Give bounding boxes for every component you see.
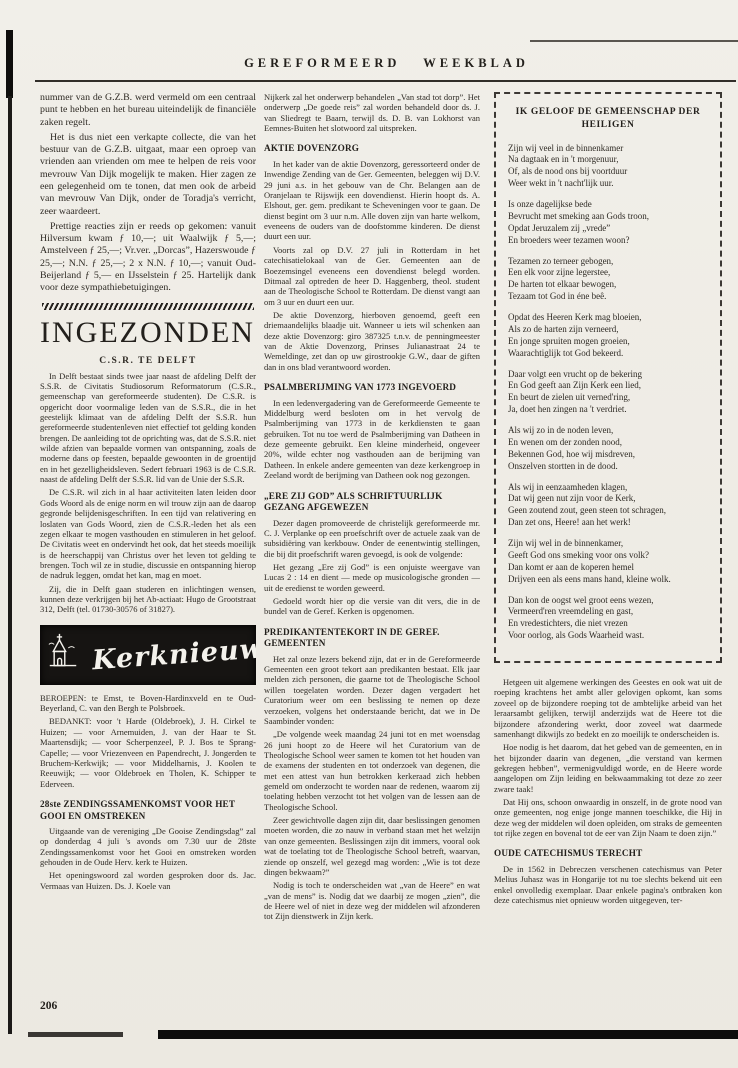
scan-edge-top-right — [530, 40, 738, 42]
paragraph: BEROEPEN: te Emst, te Boven-Hardinxveld … — [40, 693, 256, 714]
poem-stanza: Zijn wij wel in de binnenkamer, Geeft Go… — [508, 538, 708, 586]
poem-body: Zijn wij veel in de binnenkamer Na dagta… — [508, 143, 708, 643]
kerknieuws-notes: BEROEPEN: te Emst, te Boven-Hardinxveld … — [40, 693, 256, 789]
page-number: 206 — [40, 1000, 57, 1012]
predikantentekort-article: Het zal onze lezers bekend zijn, dat er … — [264, 654, 480, 922]
zendings-heading: 28ste ZENDINGSSAMENKOMST VOOR HET GOOI E… — [40, 799, 256, 822]
poem-stanza: Als wij in eenzaamheden klagen, Dat wij … — [508, 482, 708, 530]
catechismus-article: De in 1562 in Debreczen verschenen catec… — [494, 864, 722, 905]
page-columns: nummer van de G.Z.B. werd vermeld om een… — [40, 92, 722, 1034]
squiggle-separator — [42, 303, 254, 310]
continuation-paragraph: Nijkerk zal het onderwerp behandelen „Va… — [264, 92, 480, 133]
header-rule — [35, 80, 736, 82]
column-2: Nijkerk zal het onderwerp behandelen „Va… — [264, 92, 480, 1034]
psalmberijming-article: In een ledenvergadering van de Gereforme… — [264, 398, 480, 481]
aktie-dovenzorg-article: In het kader van de aktie Dovenzorg, ger… — [264, 159, 480, 372]
csr-heading: C.S.R. TE DELFT — [40, 356, 256, 366]
newspaper-page: GEREFORMEERD WEEKBLAD nummer van de G.Z.… — [0, 0, 738, 1068]
paragraph: Zeer gewichtvolle dagen zijn dit, daar b… — [264, 815, 480, 877]
ere-zij-god-heading: „ERE ZIJ GOD” ALS SCHRIFTUURLIJK GEZANG … — [264, 491, 480, 514]
aktie-dovenzorg-heading: AKTIE DOVENZORG — [264, 143, 480, 155]
scan-edge-left-thin — [8, 96, 12, 1034]
paragraph: Het openingswoord zal worden gesproken d… — [40, 870, 256, 891]
poem-stanza: Dan kon de oogst wel groot eens wezen, V… — [508, 595, 708, 643]
gzb-article: nummer van de G.Z.B. werd vermeld om een… — [40, 92, 256, 295]
paragraph: De aktie Dovenzorg, hierboven genoemd, g… — [264, 310, 480, 372]
section-title-ingezonden: INGEZONDEN — [40, 316, 256, 350]
paragraph: Het is dus niet een verkapte collecte, d… — [40, 132, 256, 218]
poem-stanza: Tezamen zo terneer gebogen, Een elk voor… — [508, 256, 708, 304]
kerknieuws-title: Kerknieuws — [85, 633, 256, 677]
paragraph: Hoe nodig is het daarom, dat het gebed v… — [494, 742, 722, 794]
paragraph: De in 1562 in Debreczen verschenen catec… — [494, 864, 722, 905]
paragraph: In het kader van de aktie Dovenzorg, ger… — [264, 159, 480, 242]
poem-title: IK GELOOF DE GEMEENSCHAP DER HEILIGEN — [508, 106, 708, 133]
catechismus-heading: OUDE CATECHISMUS TERECHT — [494, 848, 722, 860]
poem-stanza: Opdat des Heeren Kerk mag bloeien, Als z… — [508, 312, 708, 360]
poem-stanza: Daar volgt een vrucht op de bekering En … — [508, 369, 708, 417]
paragraph: In een ledenvergadering van de Gereforme… — [264, 398, 480, 481]
paragraph: In Delft bestaat sinds twee jaar naast d… — [40, 371, 256, 485]
church-icon — [48, 631, 78, 679]
paragraph: Dat Hij ons, schoon onwaardig in onszelf… — [494, 797, 722, 838]
paragraph: Nodig is toch te onderscheiden wat „van … — [264, 880, 480, 921]
column-1: nummer van de G.Z.B. werd vermeld om een… — [40, 92, 256, 997]
poem-stanza: Is onze dagelijkse bede Bevrucht met sme… — [508, 199, 708, 247]
paragraph: Het zal onze lezers bekend zijn, dat er … — [264, 654, 480, 727]
ere-zij-god-article: Dezer dagen promoveerde de christelijk g… — [264, 518, 480, 617]
poem-box: IK GELOOF DE GEMEENSCHAP DER HEILIGEN Zi… — [494, 92, 722, 663]
paragraph: BEDANKT: voor 't Harde (Oldebroek), J. H… — [40, 716, 256, 789]
kerknieuws-banner: Kerknieuws — [40, 625, 256, 685]
predikantentekort-heading: PREDIKANTENTEKORT IN DE GEREF. GEMEENTEN — [264, 627, 480, 650]
paragraph: Hetgeen uit algemene werkingen des Geest… — [494, 677, 722, 739]
after-poem-article: Hetgeen uit algemene werkingen des Geest… — [494, 677, 722, 838]
zendings-article: Uitgaande van de vereniging „De Gooise Z… — [40, 826, 256, 891]
paragraph: Prettige reacties zijn er reeds op gekom… — [40, 221, 256, 295]
paragraph: nummer van de G.Z.B. werd vermeld om een… — [40, 92, 256, 129]
poem-stanza: Als wij zo in de noden leven, En wenen o… — [508, 425, 708, 473]
paragraph: De C.S.R. wil zich in al haar activiteit… — [40, 487, 256, 580]
column-3: IK GELOOF DE GEMEENSCHAP DER HEILIGEN Zi… — [494, 92, 722, 1034]
paragraph: Het gezang „Ere zij God” is een onjuiste… — [264, 562, 480, 593]
paragraph: Voorts zal op D.V. 27 juli in Rotterdam … — [264, 245, 480, 307]
poem-stanza: Zijn wij veel in de binnenkamer Na dagta… — [508, 143, 708, 191]
paragraph: „De volgende week maandag 24 juni tot en… — [264, 729, 480, 812]
paragraph: Zij, die in Delft gaan studeren en inlic… — [40, 584, 256, 615]
paragraph: Gedoeld wordt hier op die versie van dit… — [264, 596, 480, 617]
paragraph: Uitgaande van de vereniging „De Gooise Z… — [40, 826, 256, 867]
paragraph: Dezer dagen promoveerde de christelijk g… — [264, 518, 480, 559]
scan-edge-left — [6, 30, 13, 98]
psalmberijming-heading: PSALMBERIJMING VAN 1773 INGEVOERD — [264, 382, 480, 394]
masthead-title: GEREFORMEERD WEEKBLAD — [35, 56, 738, 71]
csr-article: In Delft bestaat sinds twee jaar naast d… — [40, 371, 256, 615]
